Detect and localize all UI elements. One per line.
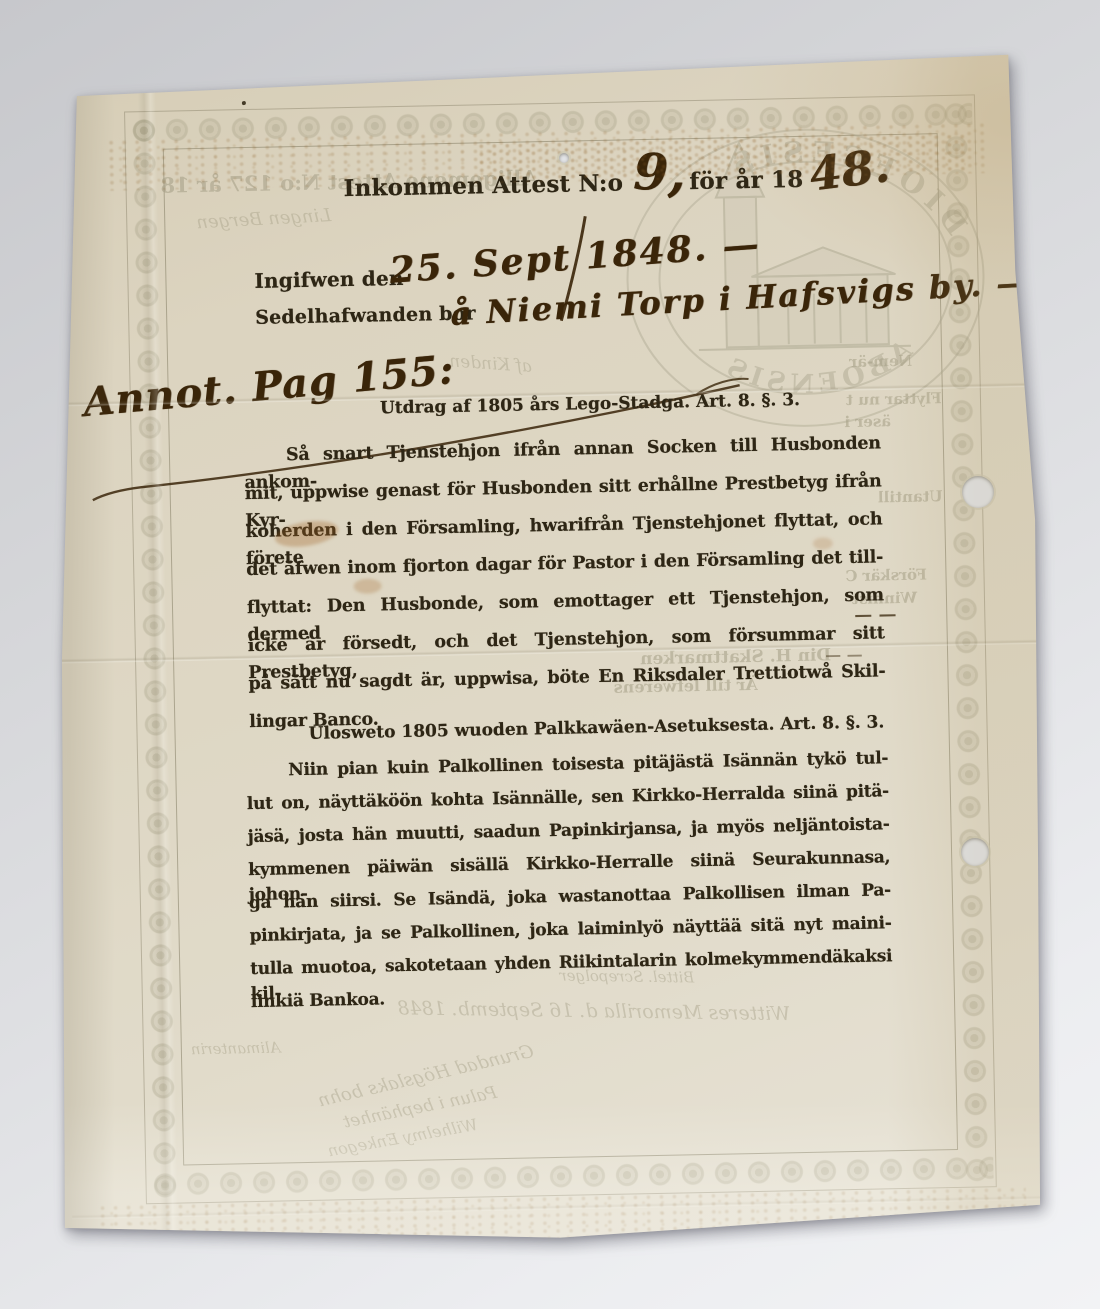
paper-sheet: DIOECESIS ABOENSIS [55,45,1048,1262]
pen-dash-marks: — — [854,604,897,626]
pin-hole-top-center [559,153,569,163]
verso-margin-fragment: äser i [844,412,891,431]
photo-of-archival-attest-document: DIOECESIS ABOENSIS [0,0,1100,1309]
finnish-paragraph: Niin pian kuin Palkollinen toisesta pitä… [246,746,893,1023]
submitted-label: Ingifwen den [254,266,404,293]
bearer-label: Sedelhafwanden bor [255,302,476,328]
punch-hole-right-upper [962,476,994,508]
punch-hole-right-lower [961,838,989,866]
paper-sheet-shadow: DIOECESIS ABOENSIS [55,45,1048,1262]
sheet-content: DIOECESIS ABOENSIS [43,35,1060,1272]
swedish-paragraph: Så snart Tjenstehjon ifrån annan Socken … [244,430,887,747]
verso-margin-fragment: Utantill [878,487,943,506]
ink-speck [242,101,246,105]
verso-bottom-fragment: Alimanterin [191,1039,281,1059]
verso-margin-fragment: Nem-är [849,352,912,371]
number-nine-tail-stroke [551,214,593,325]
